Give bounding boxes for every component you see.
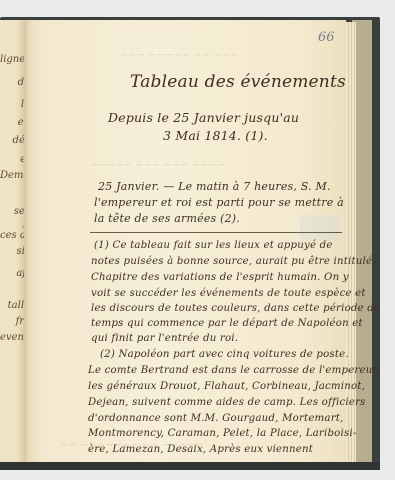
left-fragment: lignes — [0, 54, 25, 65]
left-fragment: evenci — [0, 332, 25, 343]
left-fragment: et — [0, 154, 25, 165]
paper-stain — [300, 215, 340, 241]
footnote-2-line: d'ordonnance sont M.M. Gourgaud, Mortema… — [88, 413, 344, 424]
document-subtitle-line-1: Depuis le 25 Janvier jusqu'au — [108, 110, 299, 125]
footnote-2-line: Dejean, suivent comme aides de camp. Les… — [88, 397, 366, 408]
left-fragment: talla — [0, 300, 25, 311]
ink-bleed-through: ~~~ ~~ ~~~~~ ~~~ — [120, 50, 238, 61]
left-fragment: en — [0, 117, 25, 128]
left-fragment: sis — [0, 246, 25, 257]
footnote-2-line: Montmorency, Caraman, Pelet, la Place, L… — [88, 428, 357, 439]
page-number: 66 — [318, 30, 335, 45]
footnote-1-line: qui finit par l'entrée du roi. — [91, 333, 238, 344]
footnote-2-line: ère, Lamezan, Desaix, Après eux viennent — [88, 444, 313, 455]
left-fragment: Demeu — [0, 170, 25, 181]
footnote-1-line: voit se succéder les événements de toute… — [91, 288, 366, 299]
left-fragment: aft — [0, 268, 25, 279]
footnote-2-line: les généraux Drouot, Flahaut, Corbineau,… — [88, 381, 365, 392]
ink-bleed-through: ~~~~ ~~~ ~~~ ~~~~~ — [90, 160, 225, 171]
footnote-2-line: (2) Napoléon part avec cinq voitures de … — [100, 349, 349, 360]
entry-line: 25 Janvier. — Le matin à 7 heures, S. M. — [98, 180, 331, 193]
footnote-1-line: (1) Ce tableau fait sur les lieux et app… — [94, 240, 333, 251]
footnote-1-line: notes puisées à bonne source, aurait pu … — [91, 256, 376, 267]
left-fragment: de — [0, 77, 25, 88]
left-fragment: dés — [0, 135, 25, 146]
left-fragment: ): — [0, 218, 25, 229]
entry-line: la tête de ses armées (2). — [94, 212, 240, 225]
footnote-1-line: temps qui commence par le départ de Napo… — [91, 318, 363, 329]
document-subtitle-line-2: 3 Mai 1814. (1). — [163, 128, 268, 143]
footnote-1-line: Chapitre des variations de l'esprit huma… — [91, 272, 349, 283]
footnote-2-line: Le comte Bertrand est dans le carrosse d… — [88, 365, 380, 376]
footnote-1-line: les discours de toutes couleurs, dans ce… — [91, 303, 380, 314]
book-cover-bottom-edge — [0, 462, 380, 470]
entry-line: l'empereur et roi est parti pour se mett… — [94, 196, 344, 209]
left-fragment: fre — [0, 316, 25, 327]
footnote-divider — [90, 232, 342, 233]
left-page: lignes de la en dés et Demeu ses ): ces … — [0, 20, 25, 464]
left-fragment: la — [0, 99, 25, 110]
left-fragment: ces au — [0, 230, 25, 241]
document-title: Tableau des événements — [130, 72, 346, 92]
left-fragment: ses — [0, 206, 25, 217]
